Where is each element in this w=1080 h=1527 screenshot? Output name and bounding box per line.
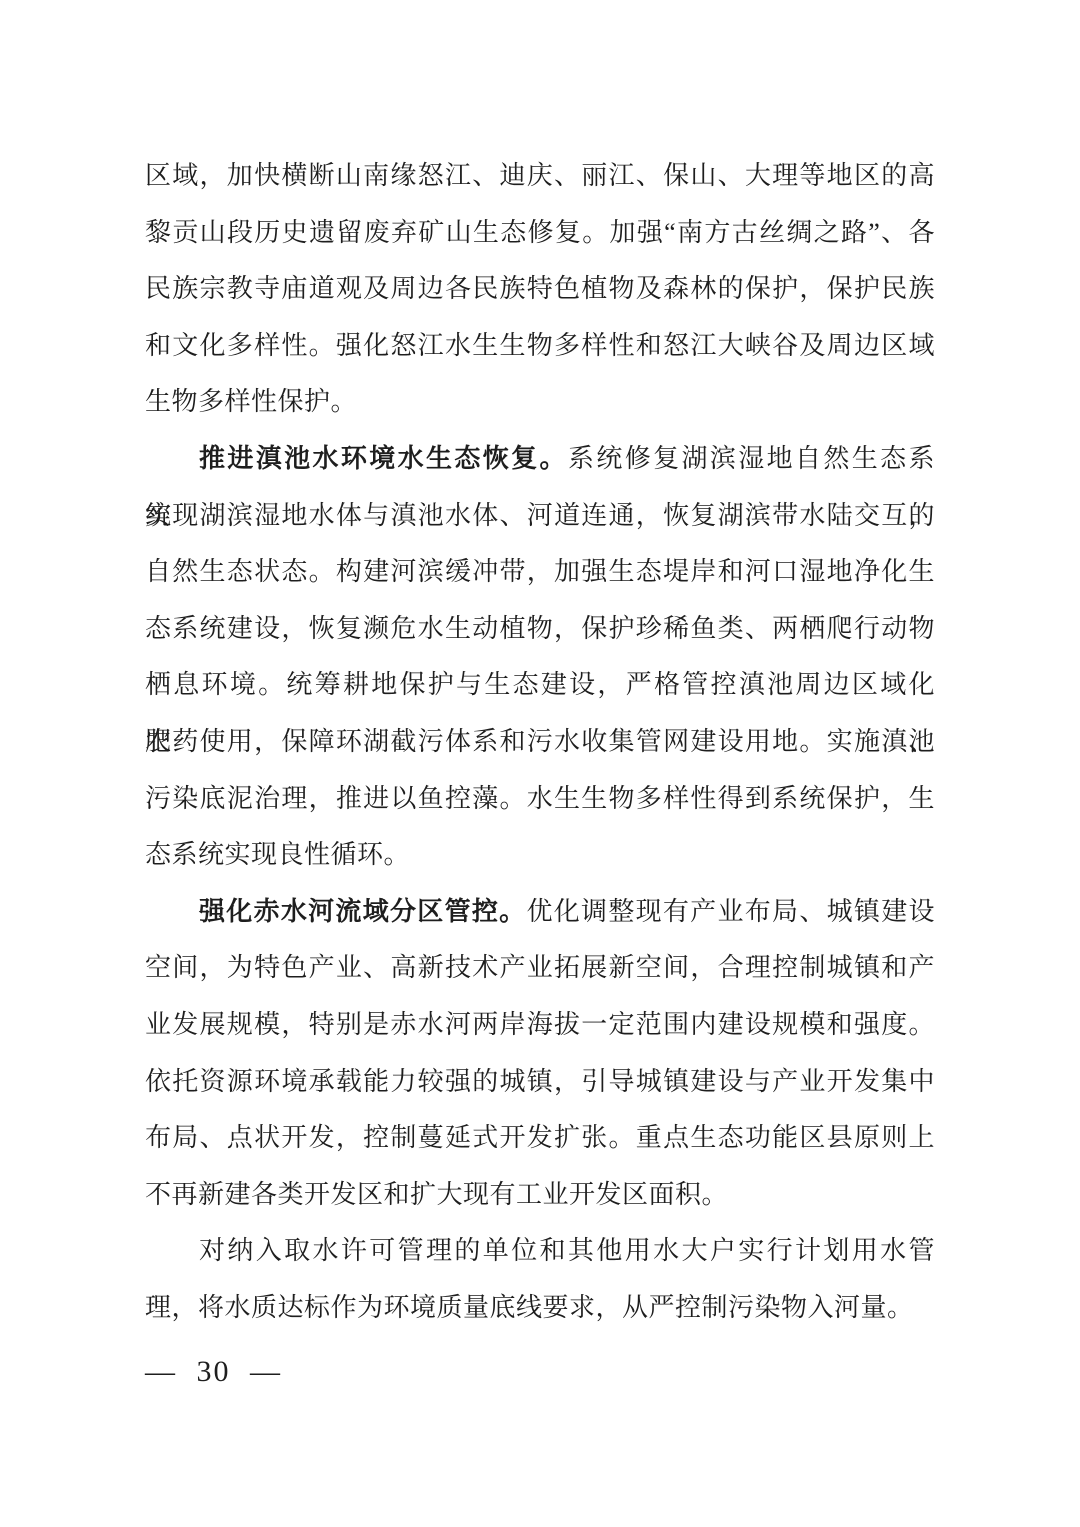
text-line: 生物多样性保护。 <box>145 374 935 431</box>
paragraph: 对纳入取水许可管理的单位和其他用水大户实行计划用水管理，将水质达标作为环境质量底… <box>145 1223 935 1336</box>
text-line: 和文化多样性。强化怒江水生生物多样性和怒江大峡谷及周边区域 <box>145 318 935 375</box>
text-line: 黎贡山段历史遗留废弃矿山生态修复。加强“南方古丝绸之路”、各 <box>145 205 935 262</box>
text-line: 自然生态状态。构建河滨缓冲带，加强生态堤岸和河口湿地净化生 <box>145 544 935 601</box>
bold-lead: 推进滇池水环境水生态恢复。 <box>199 444 568 473</box>
paragraph: 强化赤水河流域分区管控。优化调整现有产业布局、城镇建设空间，为特色产业、高新技术… <box>145 884 935 1224</box>
document-page: 区域，加快横断山南缘怒江、迪庆、丽江、保山、大理等地区的高黎贡山段历史遗留废弃矿… <box>0 0 1080 1527</box>
paragraph: 区域，加快横断山南缘怒江、迪庆、丽江、保山、大理等地区的高黎贡山段历史遗留废弃矿… <box>145 148 935 431</box>
text-line: 态系统建设，恢复濒危水生动植物，保护珍稀鱼类、两栖爬行动物 <box>145 601 935 658</box>
paragraph: 推进滇池水环境水生态恢复。系统修复湖滨湿地自然生态系统，实现湖滨湿地水体与滇池水… <box>145 431 935 884</box>
text-line: 民族宗教寺庙道观及周边各民族特色植物及森林的保护，保护民族 <box>145 261 935 318</box>
text-line: 区域，加快横断山南缘怒江、迪庆、丽江、保山、大理等地区的高 <box>145 148 935 205</box>
text-line: 污染底泥治理，推进以鱼控藻。水生生物多样性得到系统保护，生 <box>145 771 935 828</box>
text-line: 实现湖滨湿地水体与滇池水体、河道连通，恢复湖滨带水陆交互的 <box>145 488 935 545</box>
text-line: 依托资源环境承载能力较强的城镇，引导城镇建设与产业开发集中 <box>145 1054 935 1111</box>
document-body: 区域，加快横断山南缘怒江、迪庆、丽江、保山、大理等地区的高黎贡山段历史遗留废弃矿… <box>145 148 935 1336</box>
text-line: 布局、点状开发，控制蔓延式开发扩张。重点生态功能区县原则上 <box>145 1110 935 1167</box>
text-line: 业发展规模，特别是赤水河两岸海拔一定范围内建设规模和强度。 <box>145 997 935 1054</box>
text-line: 强化赤水河流域分区管控。优化调整现有产业布局、城镇建设 <box>145 884 935 941</box>
text-line: 对纳入取水许可管理的单位和其他用水大户实行计划用水管 <box>145 1223 935 1280</box>
page-number: — 30 — <box>145 1352 282 1392</box>
text-line: 栖息环境。统筹耕地保护与生态建设，严格管控滇池周边区域化肥、 <box>145 657 935 714</box>
bold-lead: 强化赤水河流域分区管控。 <box>199 897 526 926</box>
text-line: 不再新建各类开发区和扩大现有工业开发区面积。 <box>145 1167 935 1224</box>
text-line: 态系统实现良性循环。 <box>145 827 935 884</box>
text-line: 农药使用，保障环湖截污体系和污水收集管网建设用地。实施滇池 <box>145 714 935 771</box>
text-line: 理，将水质达标作为环境质量底线要求，从严控制污染物入河量。 <box>145 1280 935 1337</box>
text-line: 空间，为特色产业、高新技术产业拓展新空间，合理控制城镇和产 <box>145 940 935 997</box>
text-line: 推进滇池水环境水生态恢复。系统修复湖滨湿地自然生态系统， <box>145 431 935 488</box>
